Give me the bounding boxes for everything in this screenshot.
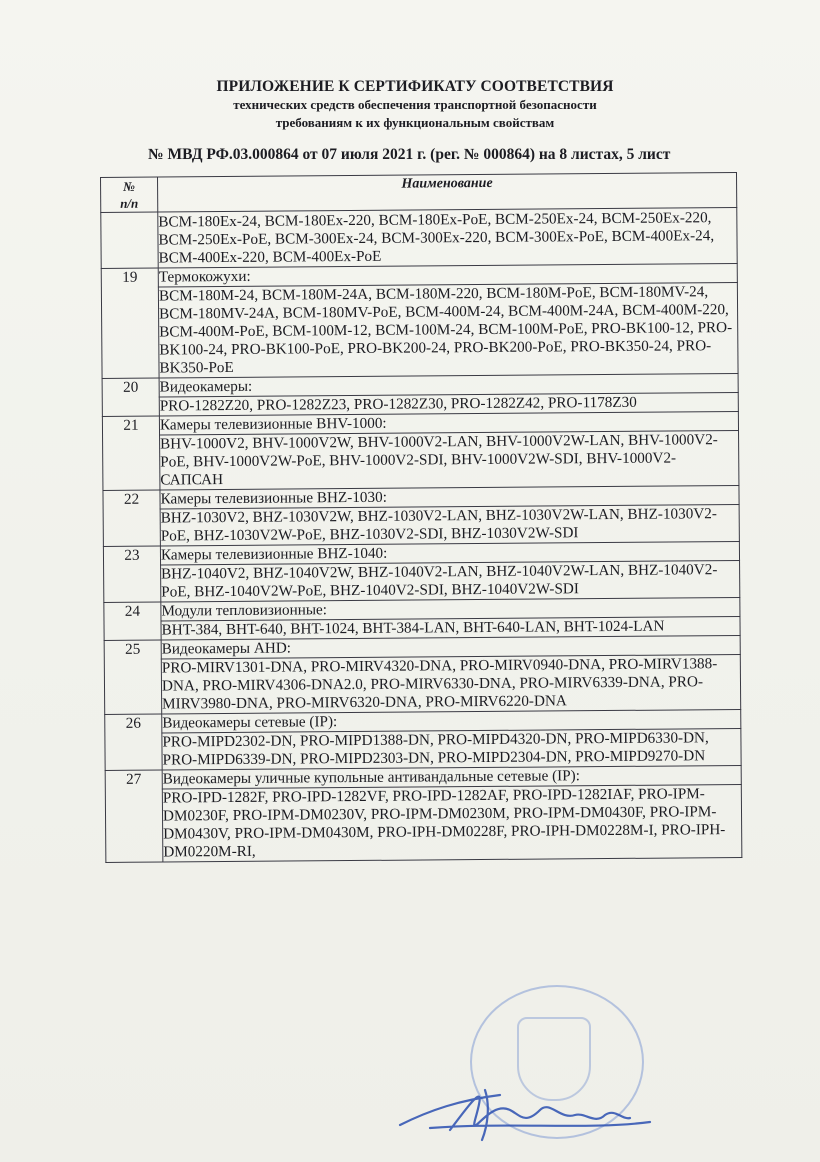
column-header-name: Наименование (158, 173, 737, 213)
table-row-items: PRO-MIPD2302-DN, PRO-MIPD1388-DN, PRO-MI… (105, 728, 741, 770)
document-subtitle-1: технических средств обеспечения транспор… (10, 96, 820, 114)
row-items: BCM-180M-24, BCM-180M-24A, BCM-180M-220,… (158, 282, 738, 378)
equipment-table: № п/п Наименование BCM-180Ex-24, BCM-180… (100, 172, 742, 863)
number-abbrev: п/п (101, 195, 157, 212)
row-items: BHZ-1030V2, BHZ-1030V2W, BHZ-1030V2-LAN,… (160, 504, 739, 546)
certificate-number-line: № МВД РФ.03.000864 от 07 июля 2021 г. (р… (148, 146, 670, 164)
document-subtitle-2: требованиям к их функциональным свойства… (10, 114, 820, 132)
row-number (101, 212, 158, 268)
table-row-items: BHZ-1040V2, BHZ-1040V2W, BHZ-1040V2-LAN,… (104, 560, 740, 602)
row-number: 22 (103, 490, 160, 546)
row-number: 19 (101, 268, 159, 378)
table-row-continuation: BCM-180Ex-24, BCM-180Ex-220, BCM-180Ex-P… (101, 207, 737, 268)
row-number: 23 (103, 546, 160, 602)
signature (390, 1070, 670, 1150)
official-stamp (470, 985, 644, 1139)
table-row-items: BHV-1000V2, BHV-1000V2W, BHV-1000V2-LAN,… (103, 430, 739, 490)
document-header: ПРИЛОЖЕНИЕ К СЕРТИФИКАТУ СООТВЕТСТВИЯ те… (0, 78, 820, 132)
row-number: 27 (105, 770, 163, 862)
document-title: ПРИЛОЖЕНИЕ К СЕРТИФИКАТУ СООТВЕТСТВИЯ (10, 78, 820, 96)
row-items: PRO-MIRV1301-DNA, PRO-MIRV4320-DNA, PRO-… (161, 654, 740, 714)
table-row-items: BHZ-1030V2, BHZ-1030V2W, BHZ-1030V2-LAN,… (103, 504, 739, 546)
table-row-items: PRO-IPD-1282F, PRO-IPD-1282VF, PRO-IPD-1… (105, 784, 742, 862)
row-items: PRO-IPD-1282F, PRO-IPD-1282VF, PRO-IPD-1… (162, 784, 742, 862)
document-page: ПРИЛОЖЕНИЕ К СЕРТИФИКАТУ СООТВЕТСТВИЯ те… (0, 0, 820, 1162)
row-items: PRO-MIPD2302-DN, PRO-MIPD1388-DN, PRO-MI… (162, 728, 741, 770)
table-row-items: PRO-MIRV1301-DNA, PRO-MIRV4320-DNA, PRO-… (104, 654, 740, 714)
row-number: 25 (104, 640, 162, 714)
table-row-items: BCM-180M-24, BCM-180M-24A, BCM-180M-220,… (101, 282, 738, 378)
row-items: BHV-1000V2, BHV-1000V2W, BHV-1000V2-LAN,… (160, 430, 739, 490)
row-number: 24 (104, 602, 161, 640)
column-header-number: № п/п (101, 177, 158, 212)
row-items: BCM-180Ex-24, BCM-180Ex-220, BCM-180Ex-P… (158, 207, 737, 268)
table-header-row: № п/п Наименование (101, 173, 737, 213)
number-sign: № (101, 178, 157, 195)
row-number: 20 (102, 378, 159, 416)
row-number: 21 (102, 416, 160, 490)
row-items: BHZ-1040V2, BHZ-1040V2W, BHZ-1040V2-LAN,… (161, 560, 740, 602)
row-number: 26 (105, 714, 162, 770)
